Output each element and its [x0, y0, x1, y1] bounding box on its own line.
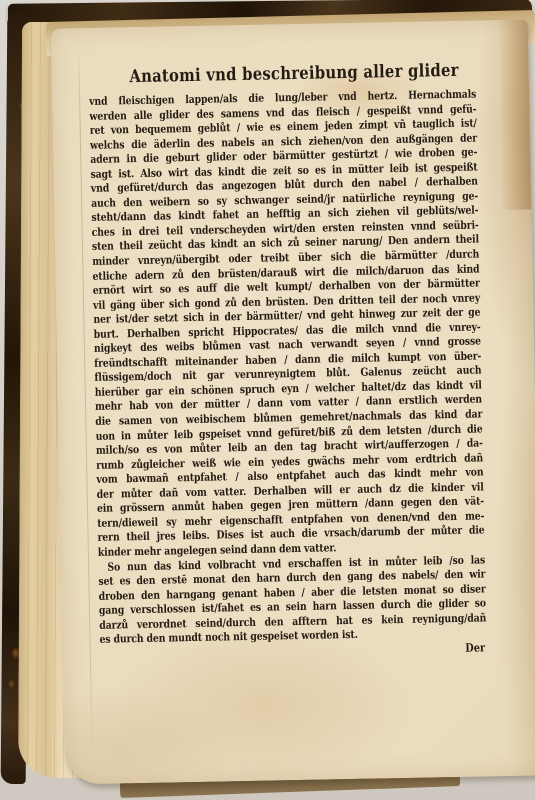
- photo-backdrop: Anatomi vnd beschreibung aller glider vn…: [0, 0, 535, 800]
- text-block: Anatomi vnd beschreibung aller glider vn…: [89, 61, 487, 663]
- page-fore-edge-shading: [498, 19, 532, 210]
- main-page: Anatomi vnd beschreibung aller glider vn…: [51, 19, 535, 784]
- page-header-title: Anatomi vnd beschreibung aller glider: [89, 61, 476, 88]
